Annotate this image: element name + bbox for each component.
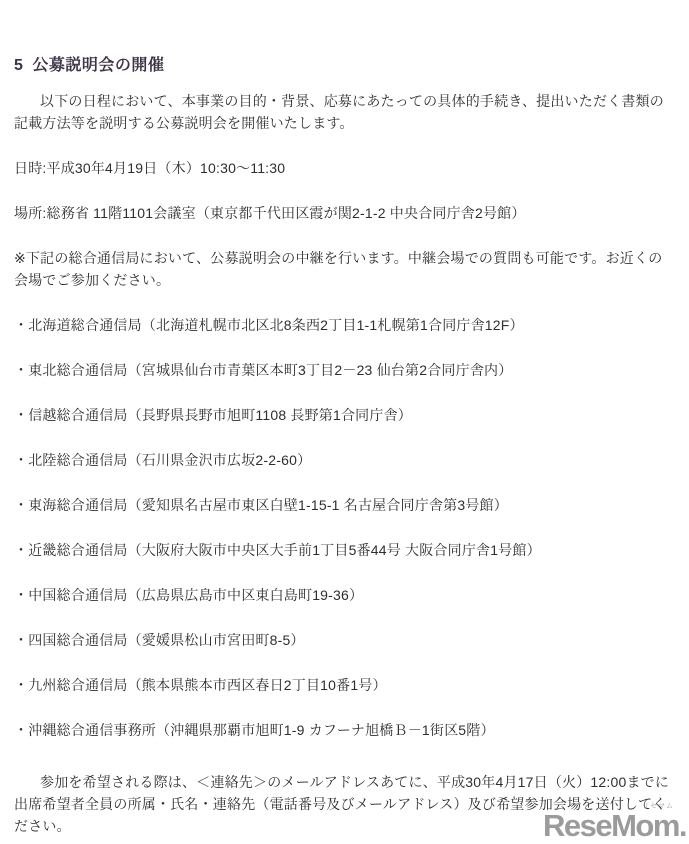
venue-item-kyushu: ・九州総合通信局（熊本県熊本市西区春日2丁目10番1号） [14,674,675,696]
document-page: 5公募説明会の開催 以下の日程において、本事業の目的・背景、応募にあたっての具体… [0,0,689,844]
venue-item-tohoku: ・東北総合通信局（宮城県仙台市青葉区本町3丁目2－23 仙台第2合同庁舎内） [14,359,675,381]
venue-item-hokkaido: ・北海道総合通信局（北海道札幌市北区北8条西2丁目1-1札幌第1合同庁舎12F） [14,314,675,336]
venue-item-tokai: ・東海総合通信局（愛知県名古屋市東区白壁1-15-1 名古屋合同庁舎第3号館） [14,494,675,516]
venue-item-okinawa: ・沖縄総合通信事務所（沖縄県那覇市旭町1-9 カフーナ旭橋Ｂ－1街区5階） [14,719,675,741]
venue-item-kinki: ・近畿総合通信局（大阪府大阪市中央区大手前1丁目5番44号 大阪合同庁舎1号館） [14,539,675,561]
venue-item-chugoku: ・中国総合通信局（広島県広島市中区東白島町19-36） [14,584,675,606]
location-line: 場所:総務省 11階1101会議室（東京都千代田区霞が関2-1-2 中央合同庁舎… [14,202,675,224]
venue-item-shikoku: ・四国総合通信局（愛媛県松山市宮田町8-5） [14,629,675,651]
section-title: 公募説明会の開催 [32,57,164,74]
section-number: 5 [14,57,23,74]
relay-note: ※下記の総合通信局において、公募説明会の中継を行います。中継会場での質問も可能で… [14,247,675,291]
closing-paragraph: 参加を希望される際は、＜連絡先＞のメールアドレスあてに、平成30年4月17日（火… [14,771,675,837]
datetime-line: 日時:平成30年4月19日（木）10:30～11:30 [14,157,675,179]
section-heading: 5公募説明会の開催 [14,55,675,77]
venue-item-shinetsu: ・信越総合通信局（長野県長野市旭町1108 長野第1合同庁舎） [14,404,675,426]
intro-paragraph: 以下の日程において、本事業の目的・背景、応募にあたっての具体的手続き、提出いただ… [14,90,675,134]
venue-item-hokuriku: ・北陸総合通信局（石川県金沢市広坂2-2-60） [14,449,675,471]
